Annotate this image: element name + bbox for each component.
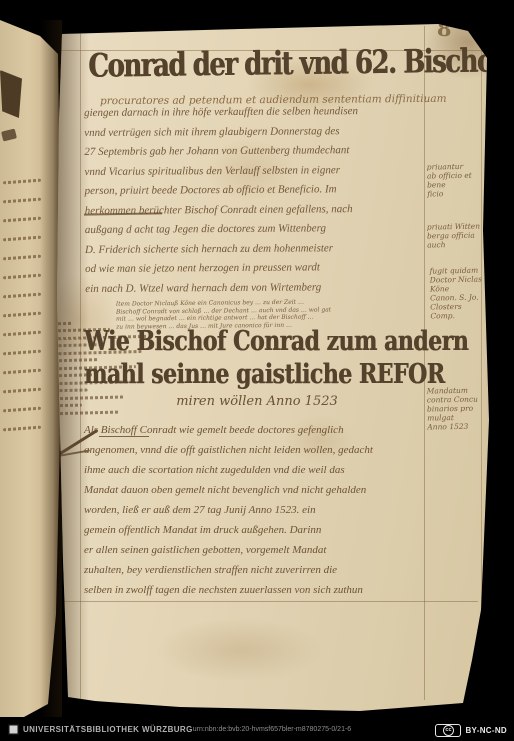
manuscript-line: Mandat dauon oben gemelt nicht bevenglic… — [84, 480, 373, 500]
manuscript-line: herkommen berüchter Bischof Conradt eine… — [85, 200, 359, 221]
chapter-heading: Conrad der drit vnd 62. Bischof — [88, 44, 430, 86]
illegible-script-line — [3, 407, 41, 413]
manuscript-line: gemein offentlich Mandat im druck außgeh… — [84, 520, 373, 540]
illegible-script-line — [3, 293, 41, 299]
section-heading-line-2: mahl seinne gaistliche REFOR — [84, 358, 430, 391]
cc-license-badge: cc BY-NC-ND — [435, 724, 507, 737]
ruled-line-vertical-edge — [481, 30, 482, 696]
illegible-script-line — [3, 255, 41, 261]
manuscript-line: berga officia auch — [427, 230, 485, 249]
scan-background: 8 Conrad der drit vnd 62. Bischof procur… — [0, 0, 514, 741]
body-paragraph-2: Als Bischoff Conradt wie gemelt beede do… — [84, 420, 373, 600]
ruled-line-bottom — [62, 601, 478, 602]
cc-icon: cc — [435, 724, 461, 737]
manuscript-page: 8 Conrad der drit vnd 62. Bischof procur… — [0, 0, 514, 741]
manuscript-line: ihme auch die scortation nicht zugedulde… — [84, 460, 373, 480]
manuscript-line: giengen darnach in ihre höfe verkaufften… — [84, 102, 358, 123]
manuscript-line: ficio — [427, 188, 485, 198]
underline-mark — [99, 436, 149, 437]
footer-bar: UNIVERSITÄTSBIBLIOTHEK WÜRZBURG urn:nbn:… — [0, 717, 514, 741]
bleed-through-glyph — [1, 128, 17, 141]
section-heading: Wie Bischof Conrad zum andern mahl seinn… — [84, 328, 430, 409]
manuscript-line: ein nach D. Wtzel ward hernach dem von W… — [85, 278, 359, 299]
manuscript-line: zuhalten, bey verdienstlichen straffen n… — [84, 560, 373, 580]
license-text: BY-NC-ND — [465, 726, 507, 735]
illegible-script-line — [3, 179, 41, 185]
manuscript-line: vnnd Vicarius spiritualibus den Verlauff… — [84, 161, 358, 182]
section-heading-line-3: miren wöllen Anno 1523 — [84, 394, 430, 409]
margin-note-mandatum: Mandatumcontra Concubinarios promulgatAn… — [427, 385, 486, 431]
section-heading-line-1: Wie Bischof Conrad zum andern — [84, 325, 430, 358]
manuscript-line: er allen seinen gaistlichen gebotten, vo… — [84, 540, 373, 560]
manuscript-line: D. Friderich sicherte sich hernach zu de… — [85, 239, 359, 260]
illegible-script-line — [3, 331, 41, 337]
manuscript-line: ab officio et bene — [427, 170, 485, 189]
manuscript-line: vnnd vertrügen sich mit ihrem glaubigern… — [84, 122, 358, 143]
illegible-script-line — [3, 217, 41, 223]
illegible-script-line — [3, 236, 41, 242]
manuscript-line: selben in zwolff tagen die nechsten zuue… — [84, 580, 373, 600]
illegible-script-line — [3, 369, 41, 375]
manuscript-line: Canon. S. Jo. Closters — [430, 292, 488, 311]
margin-note-privantur: priuanturab officio et beneficio — [427, 161, 486, 198]
illegible-script-line — [3, 426, 41, 432]
marginalia-fragments — [3, 164, 41, 446]
body-paragraph-1: giengen darnach in ihre höfe verkaufften… — [84, 102, 359, 299]
bleed-through-glyph — [0, 70, 22, 118]
manuscript-line: worden, ließ er auß dem 27 tag Junij Ann… — [84, 500, 373, 520]
margin-note-fugit: fugit quidamDoctor Niclas KöneCanon. S. … — [430, 265, 489, 320]
manuscript-line: außgang d acht tag Jegen die doctores zu… — [85, 219, 359, 240]
manuscript-line: 27 Septembris gab her Johann von Guttenb… — [84, 141, 358, 162]
illegible-script-line — [3, 350, 41, 356]
illegible-script-line — [3, 388, 41, 394]
manuscript-line: Doctor Niclas Köne — [430, 274, 488, 293]
illegible-script-line — [3, 312, 41, 318]
manuscript-line: person, priuirt beede Doctores ab offici… — [85, 180, 359, 201]
library-name: UNIVERSITÄTSBIBLIOTHEK WÜRZBURG — [23, 725, 193, 734]
page-number: 8 — [437, 16, 452, 41]
urn-text: urn:nbn:de:bvb:20-hvmsf657bler-m8780275-… — [193, 726, 351, 733]
manuscript-line: Comp. — [430, 310, 488, 320]
manuscript-line: od wie man sie jetzo nent herzogen in pr… — [85, 258, 359, 279]
manuscript-line: angenomen, vnnd die offt gaistlichen nic… — [84, 440, 373, 460]
illegible-script-line — [3, 274, 41, 280]
manuscript-line: Als Bischoff Conradt wie gemelt beede do… — [84, 420, 373, 440]
illegible-script-line — [3, 198, 41, 204]
margin-note-privati: priuati Wittenberga officia auch — [427, 221, 485, 249]
library-logo-icon — [8, 724, 19, 735]
manuscript-line: Anno 1523 — [427, 421, 485, 431]
